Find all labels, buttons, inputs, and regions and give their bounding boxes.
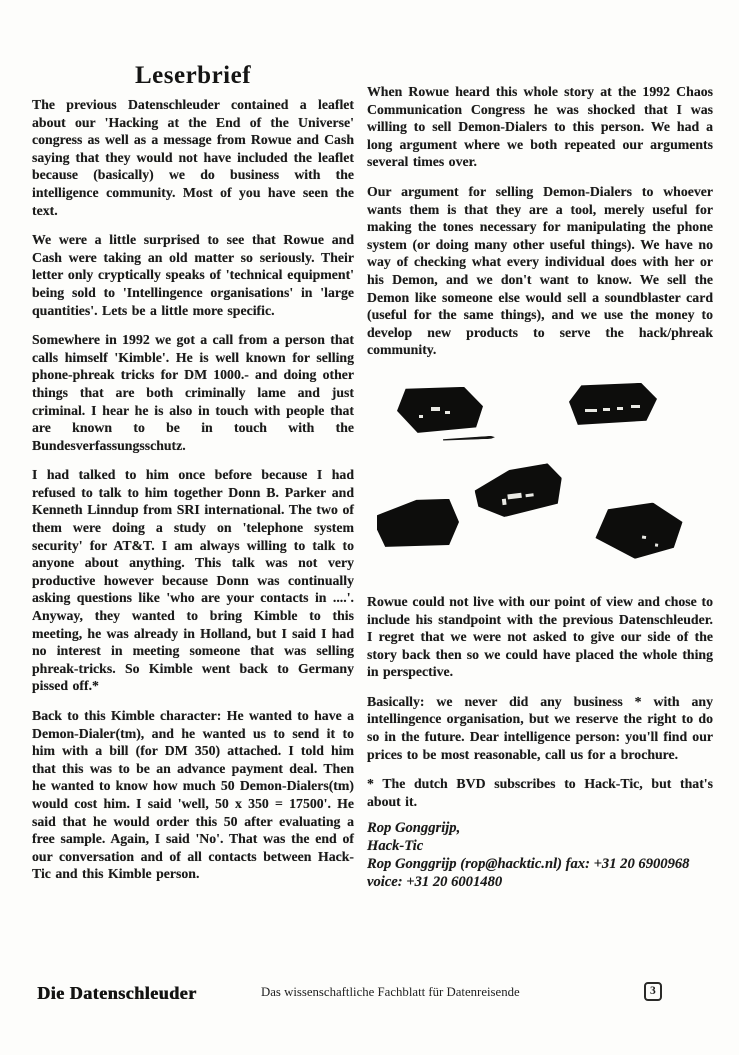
paragraph: When Rowue heard this whole story at the… [367, 83, 713, 171]
paragraph: Back to this Kimble character: He wanted… [32, 707, 354, 883]
scanned-page: Leserbrief The previous Datenschleuder c… [0, 0, 739, 1055]
device-glint [655, 543, 658, 546]
device-glint [603, 408, 610, 411]
device-glint [502, 499, 507, 505]
demon-dialer-device [472, 462, 565, 520]
demon-dialer-device [377, 499, 459, 547]
paragraph: Our argument for selling Demon-Dialers t… [367, 183, 713, 359]
footer-tagline: Das wissenschaftliche Fachblatt für Date… [261, 985, 520, 1000]
device-glint [617, 407, 623, 410]
right-column: When Rowue heard this whole story at the… [367, 83, 713, 982]
pen-shadow [443, 436, 495, 442]
left-column: Leserbrief The previous Datenschleuder c… [32, 62, 354, 982]
magazine-name: Die Datenschleuder [37, 983, 196, 1004]
page-number-box: 3 [644, 982, 662, 1001]
demon-dialer-device [569, 383, 657, 425]
device-glint [507, 493, 522, 500]
paragraph: I had talked to him once before because … [32, 466, 354, 695]
device-glint [445, 411, 450, 414]
signature-name: Rop Gonggrijp, [367, 820, 713, 838]
page-title: Leserbrief [32, 62, 354, 90]
paragraph: Rowue could not live with our point of v… [367, 593, 713, 681]
paragraph: The previous Datenschleuder contained a … [32, 96, 354, 219]
paragraph: We were a little surprised to see that R… [32, 231, 354, 319]
signature-block: Rop Gonggrijp, Hack-Tic Rop Gonggrijp (r… [367, 820, 713, 891]
signature-contact: Rop Gonggrijp (rop@hacktic.nl) fax: +31 … [367, 856, 713, 892]
device-glint [419, 415, 423, 418]
page-footer: Die Datenschleuder Das wissenschaftliche… [0, 981, 739, 1009]
paragraph: Somewhere in 1992 we got a call from a p… [32, 331, 354, 454]
demon-dialer-device [397, 387, 483, 433]
photo-of-demon-dialers [371, 371, 713, 583]
device-glint [431, 407, 440, 411]
device-glint [585, 409, 597, 412]
device-glint [642, 535, 646, 539]
footnote: * The dutch BVD subscribes to Hack-Tic, … [367, 775, 713, 810]
device-glint [525, 493, 533, 497]
device-glint [631, 405, 640, 408]
paragraph: Basically: we never did any business * w… [367, 693, 713, 763]
signature-org: Hack-Tic [367, 838, 713, 856]
demon-dialer-device [593, 495, 684, 564]
two-column-layout: Leserbrief The previous Datenschleuder c… [0, 0, 739, 982]
